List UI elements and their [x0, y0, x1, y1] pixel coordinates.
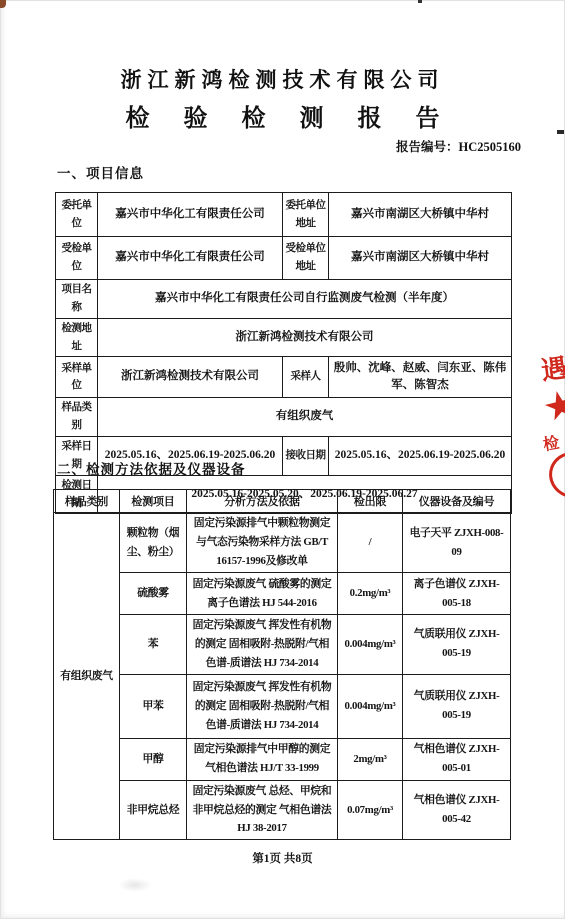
limit-cell: 2mg/m³	[338, 738, 403, 780]
scan-dot-mark	[418, 0, 422, 3]
limit-cell: 0.07mg/m³	[338, 780, 403, 840]
table-row: 甲苯 固定污染源废气 挥发性有机物的测定 固相吸附-热脱附/气相色谱-质谱法 H…	[54, 674, 511, 738]
red-seal-star-icon: ★	[541, 383, 565, 429]
method-cell: 固定污染源排气中颗粒物测定与气态污染物采样方法 GB/T 16157-1996及…	[187, 513, 338, 573]
row-label: 受检单位地址	[283, 237, 329, 280]
scan-smudge	[118, 878, 152, 892]
row-value: 嘉兴市中华化工有限责任公司自行监测废气检测（半年度）	[98, 280, 512, 319]
instrument-cell: 离子色谱仪 ZJXH-005-18	[403, 573, 511, 615]
table-row: 项目名称 嘉兴市中华化工有限责任公司自行监测废气检测（半年度）	[56, 280, 512, 319]
red-seal-arc-icon	[543, 446, 565, 505]
instrument-cell: 气质联用仪 ZJXH-005-19	[403, 674, 511, 738]
row-value: 嘉兴市南湖区大桥镇中华村	[329, 193, 512, 237]
method-cell: 固定污染源废气 挥发性有机物的测定 固相吸附-热脱附/气相色谱-质谱法 HJ 7…	[187, 615, 338, 675]
table-row: 苯 固定污染源废气 挥发性有机物的测定 固相吸附-热脱附/气相色谱-质谱法 HJ…	[54, 615, 511, 675]
table-row: 硫酸雾 固定污染源废气 硫酸雾的测定 离子色谱法 HJ 544-2016 0.2…	[54, 573, 511, 615]
table-row: 非甲烷总烃 固定污染源废气 总烃、甲烷和非甲烷总烃的测定 气相色谱法 HJ 38…	[54, 780, 511, 840]
table-row: 受检单位 嘉兴市中华化工有限责任公司 受检单位地址 嘉兴市南湖区大桥镇中华村	[56, 237, 512, 280]
table-row: 委托单位 嘉兴市中华化工有限责任公司 委托单位地址 嘉兴市南湖区大桥镇中华村	[56, 193, 512, 237]
row-value: 嘉兴市南湖区大桥镇中华村	[329, 237, 512, 280]
row-label: 接收日期	[283, 437, 329, 476]
item-cell: 硫酸雾	[120, 573, 187, 615]
row-label: 采样人	[283, 357, 329, 398]
column-header: 检出限	[338, 490, 403, 513]
method-cell: 固定污染源废气 硫酸雾的测定 离子色谱法 HJ 544-2016	[187, 573, 338, 615]
row-label: 项目名称	[56, 280, 98, 319]
red-seal-glyph-icon: 检	[541, 430, 561, 455]
instrument-cell: 电子天平 ZJXH-008-09	[403, 513, 511, 573]
row-value: 浙江新鸿检测技术有限公司	[98, 318, 512, 357]
row-value: 浙江新鸿检测技术有限公司	[98, 357, 283, 398]
row-value: 嘉兴市中华化工有限责任公司	[98, 193, 283, 237]
page-number: 第1页 共8页	[0, 850, 565, 866]
item-cell: 颗粒物（烟尘、粉尘）	[120, 513, 187, 573]
row-label: 委托单位地址	[283, 193, 329, 237]
item-cell: 非甲烷总烃	[120, 780, 187, 840]
column-header: 仪器设备及编号	[403, 490, 511, 513]
column-header: 检测项目	[120, 490, 187, 513]
instrument-cell: 气相色谱仪 ZJXH-005-01	[403, 738, 511, 780]
table-row: 有组织废气 颗粒物（烟尘、粉尘） 固定污染源排气中颗粒物测定与气态污染物采样方法…	[54, 513, 511, 573]
section1-heading: 一、项目信息	[57, 162, 144, 182]
table-row: 检测地址 浙江新鸿检测技术有限公司	[56, 318, 512, 357]
row-value: 嘉兴市中华化工有限责任公司	[98, 237, 283, 280]
row-label: 受检单位	[56, 237, 98, 280]
company-name: 浙江新鸿检测技术有限公司	[0, 64, 565, 94]
table-row: 甲醇 固定污染源排气中甲醇的测定 气相色谱法 HJ/T 33-1999 2mg/…	[54, 738, 511, 780]
limit-cell: /	[338, 513, 403, 573]
row-value: 2025.05.16、2025.06.19-2025.06.20	[329, 437, 512, 476]
row-label: 委托单位	[56, 193, 98, 237]
scan-corner-mark	[0, 0, 6, 8]
limit-cell: 0.004mg/m³	[338, 615, 403, 675]
instrument-cell: 气相色谱仪 ZJXH-005-42	[403, 780, 511, 840]
table-row: 采样单位 浙江新鸿检测技术有限公司 采样人 殷帅、沈峰、赵威、闫东亚、陈伟军、陈…	[56, 357, 512, 398]
instrument-cell: 气质联用仪 ZJXH-005-19	[403, 615, 511, 675]
column-header: 样品类别	[54, 490, 120, 513]
red-seal-glyph-icon: 遇	[539, 347, 565, 387]
item-cell: 甲醇	[120, 738, 187, 780]
limit-cell: 0.004mg/m³	[338, 674, 403, 738]
row-label: 样品类别	[56, 398, 98, 437]
sample-category-cell: 有组织废气	[54, 513, 120, 840]
item-cell: 甲苯	[120, 674, 187, 738]
report-page: 浙江新鸿检测技术有限公司 检 验 检 测 报 告 报告编号：HC2505160 …	[0, 0, 565, 919]
method-cell: 固定污染源废气 总烃、甲烷和非甲烷总烃的测定 气相色谱法 HJ 38-2017	[187, 780, 338, 840]
section2-heading: 二、检测方法依据及仪器设备	[57, 458, 246, 478]
limit-cell: 0.2mg/m³	[338, 573, 403, 615]
row-label: 采样单位	[56, 357, 98, 398]
method-instrument-table: 样品类别 检测项目 分析方法及依据 检出限 仪器设备及编号 有组织废气 颗粒物（…	[53, 489, 511, 840]
table-row: 样品类别 有组织废气	[56, 398, 512, 437]
report-number: 报告编号：HC2505160	[396, 137, 521, 155]
item-cell: 苯	[120, 615, 187, 675]
row-value: 有组织废气	[98, 398, 512, 437]
method-cell: 固定污染源排气中甲醇的测定 气相色谱法 HJ/T 33-1999	[187, 738, 338, 780]
column-header: 分析方法及依据	[187, 490, 338, 513]
table-header-row: 样品类别 检测项目 分析方法及依据 检出限 仪器设备及编号	[54, 490, 511, 513]
row-label: 检测地址	[56, 318, 98, 357]
row-value: 殷帅、沈峰、赵威、闫东亚、陈伟军、陈智杰	[329, 357, 512, 398]
page-title: 检 验 检 测 报 告	[0, 98, 565, 133]
method-cell: 固定污染源废气 挥发性有机物的测定 固相吸附-热脱附/气相色谱-质谱法 HJ 7…	[187, 674, 338, 738]
